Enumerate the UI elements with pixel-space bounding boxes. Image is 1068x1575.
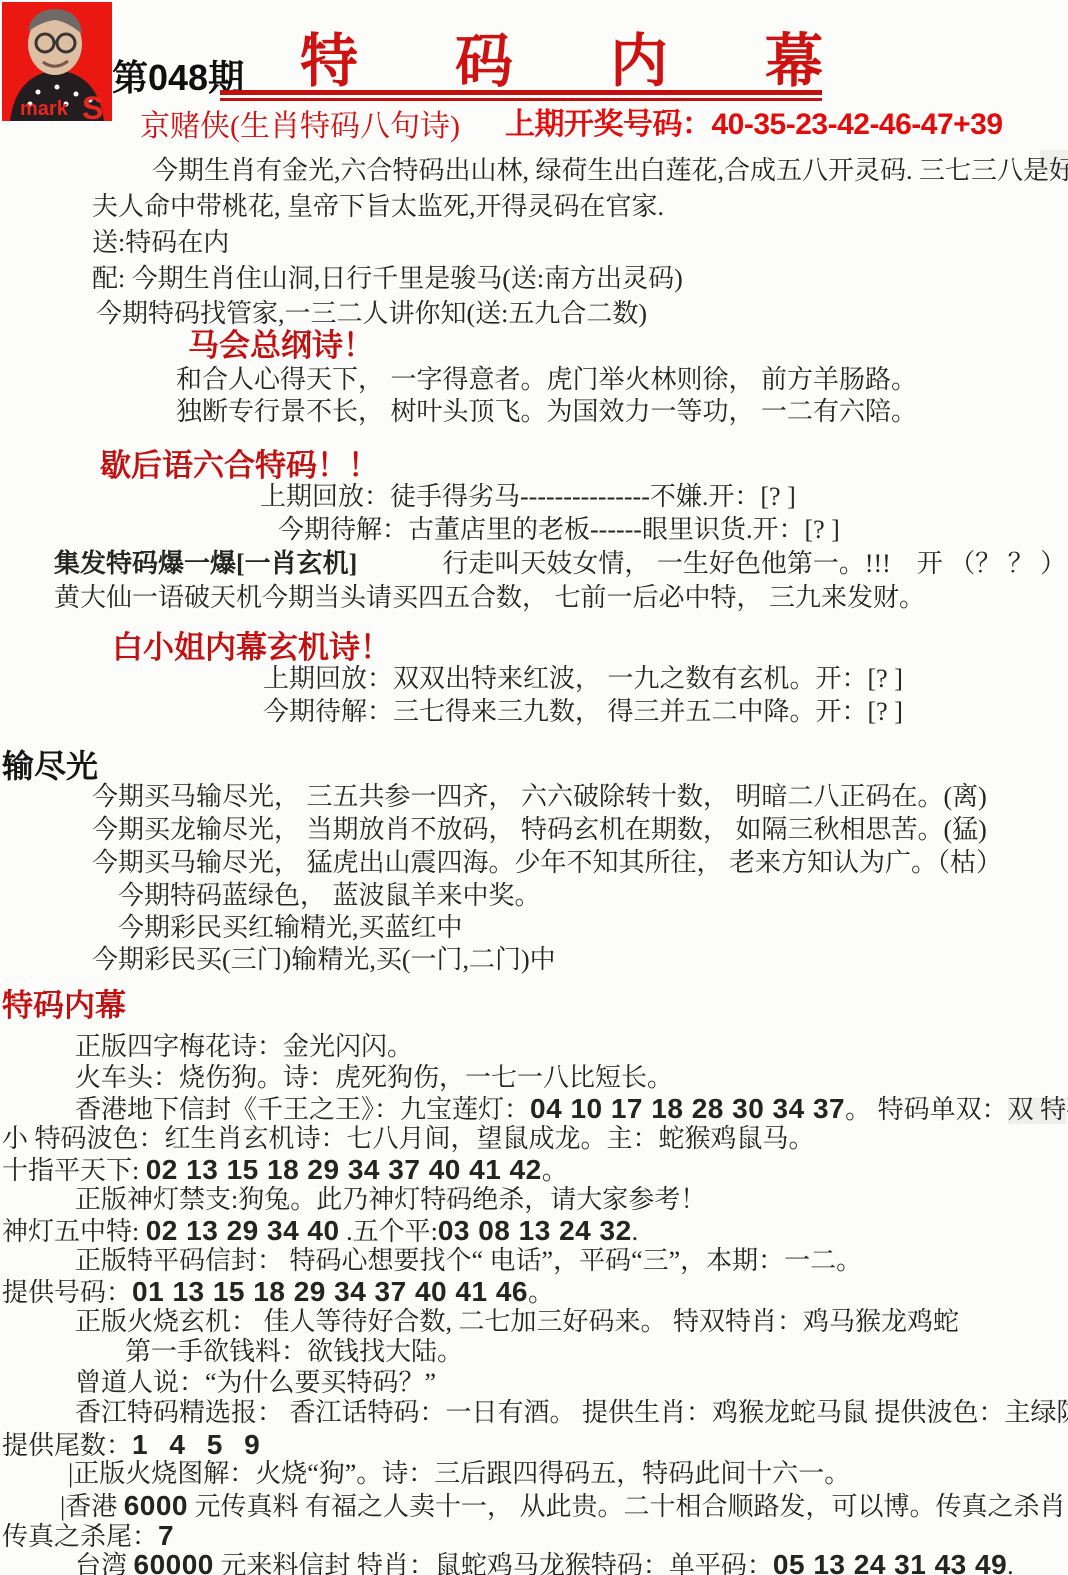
tip-sheet-page: mark S 第048期 特码内幕 京赌侠(生肖特码八句诗) 上期开奖号码：40… <box>0 0 1068 1575</box>
baixiaojie-heading: 白小姐内幕玄机诗！ <box>112 622 391 667</box>
tm-xinfeng-pre: 香港地下信封《千王之王》：九宝莲灯： <box>75 1095 530 1124</box>
tm-wuzhong-numbers: 02 13 29 34 40 <box>146 1215 340 1246</box>
tm-shizhi-pre: 十指平天下: <box>2 1156 146 1185</box>
shujinguang-line: 今期彩民买红输精光,买蓝红中 <box>118 913 463 943</box>
tm-xinfeng-numbers: 04 10 17 18 28 30 34 37 <box>530 1093 845 1124</box>
tm-wuzhong-numbers-2: 03 08 13 24 32 <box>438 1215 632 1246</box>
shujinguang-line: 今期买马输尽光， 三五共参一四齐， 六六破除转十数， 明暗二八正码在。(离) <box>92 782 987 812</box>
tm-tw-mid: 元来料信封 特肖：鼠蛇鸡马龙猴特码：单平码： <box>214 1551 773 1575</box>
tm-shendeng-jin: 正版神灯禁支:狗兔。此乃神灯特码绝杀，请大家参考！ <box>75 1185 706 1215</box>
logo-text-small: mark <box>20 98 69 120</box>
intro-line: 夫人命中带桃花, 皇帝下旨太监死,开得灵码在官家. <box>92 192 664 222</box>
shujinguang-line: 今期买马输尽光， 猛虎出山震四海。少年不知其所往， 老来方知认为广。（枯） <box>92 848 1002 878</box>
tm-tw-amount: 60000 <box>134 1549 214 1575</box>
tm-shawei-pre: 传真之杀尾： <box>2 1522 158 1551</box>
intro-line: 配: 今期生肖住山洞,日行千里是骏马(送:南方出灵码) <box>92 264 683 294</box>
tm-weishu-pre: 提供尾数： <box>2 1431 132 1460</box>
shujinguang-line: 今期彩民买(三门)输精光,买(一门,二门)中 <box>92 945 556 975</box>
mahui-line: 独断专行景不长， 树叶头顶飞。为国效力一等功， 一二有六陪。 <box>176 397 917 427</box>
tm-zengdaoren: 曾道人说：“为什么要买特码？” <box>75 1368 436 1398</box>
tm-shawei: 传真之杀尾：7 <box>2 1520 174 1552</box>
tipster-name: 京赌侠(生肖特码八句诗) <box>140 101 460 145</box>
tm-weishu: 提供尾数：1 4 5 9 <box>2 1429 267 1461</box>
huangdaxian-line: 黄大仙一语破天机今期当头请买四五合数， 七前一后必中特， 三九来发财。 <box>54 583 925 613</box>
tm-bose: 小 特码波色：红生肖玄机诗：七八月间，望鼠成龙。主：蛇猴鸡鼠马。 <box>2 1124 815 1154</box>
shujinguang-heading: 输尽光 <box>2 741 98 787</box>
last-draw-numbers: 上期开奖号码：40-35-23-42-46-47+39 <box>505 99 1003 143</box>
xiehouyu-current: 今期待解：古董店里的老板------眼里识货.开：[? ] <box>278 515 840 545</box>
tm-tigong-pre: 提供号码： <box>2 1278 132 1307</box>
page-title: 特码内幕 <box>300 14 920 98</box>
tm-tw-post: . <box>1007 1551 1014 1575</box>
xiehouyu-burst-line: 集发特码爆一爆[一肖玄机]行走叫天妓女情， 一生好色他第一。!!! 开 （？ ？… <box>54 549 1066 579</box>
tm-teping: 正版特平码信封： 特码心想要找个“ 电话”，平码“三”，本期：一二。 <box>75 1246 862 1276</box>
tm-xinfeng-post: 。 特码单双：双 特码大小： <box>845 1095 1068 1124</box>
tm-huoshao-tujie: |正版火烧图解：火烧“狗”。诗：三后跟四得码五，特码此间十六一。 <box>68 1459 850 1489</box>
intro-line: 今期生肖有金光,六合特码出山林, 绿荷生出白莲花,合成五八开灵码. 三七三八是好… <box>152 156 1068 186</box>
tm-shizhi: 十指平天下: 02 13 15 18 29 34 37 40 41 42。 <box>2 1154 568 1186</box>
shujinguang-line: 今期特码蓝绿色， 蓝波鼠羊来中奖。 <box>118 881 541 911</box>
tm-huoshao: 正版火烧玄机： 佳人等待好合数, 二七加三好码来。 特双特肖：鸡马猴龙鸡蛇 <box>75 1307 959 1337</box>
tm-shizhi-numbers: 02 13 15 18 29 34 37 40 41 42 <box>146 1154 542 1185</box>
tm-tw-pre: 台湾 <box>75 1551 134 1575</box>
shujinguang-line: 今期买龙输尽光， 当期放肖不放码， 特码玄机在期数， 如隔三秋相思苦。(猛) <box>92 815 987 845</box>
tm-xiangjiang: 香江特码精选报： 香江话特码：一日有酒。 提供生肖：鸡猴龙蛇马鼠 提供波色：主绿… <box>75 1398 1068 1428</box>
tm-meihua: 正版四字梅花诗：金光闪闪。 <box>75 1032 413 1062</box>
tm-tigong-numbers: 01 13 15 18 29 34 37 40 41 46 <box>132 1276 528 1307</box>
tm-wuzhong-mid: .五个平: <box>340 1217 438 1246</box>
xiehouyu-heading: 歇后语六合特码！！ <box>100 440 379 485</box>
baixiaojie-line: 上期回放：双双出特来红波， 一九之数有玄机。开：[? ] <box>263 664 903 694</box>
tm-wuzhong-pre: 神灯五中特: <box>2 1217 146 1246</box>
tm-huochetou: 火车头：烧伤狗。诗：虎死狗伤，一七一八比短长。 <box>75 1063 673 1093</box>
tm-tigong-post: 。 <box>528 1278 554 1307</box>
tm-shawei-number: 7 <box>158 1520 174 1551</box>
tm-wuzhong: 神灯五中特: 02 13 29 34 40 .五个平:03 08 13 24 3… <box>2 1215 638 1247</box>
mahui-heading: 马会总纲诗！ <box>188 320 374 365</box>
mahui-line: 和合人心得天下， 一字得意者。虎门举火林则徐， 前方羊肠路。 <box>176 365 917 395</box>
tm-hk-pre: |香港 <box>60 1492 124 1521</box>
logo-text-big: S <box>82 90 103 121</box>
tm-weishu-numbers: 1 4 5 9 <box>132 1429 267 1460</box>
tm-taiwan: 台湾 60000 元来料信封 特肖：鼠蛇鸡马龙猴特码：单平码：05 13 24 … <box>75 1549 1014 1575</box>
tm-wuzhong-post: . <box>632 1217 639 1246</box>
intro-line: 送:特码在内 <box>92 228 229 258</box>
burst-text: 行走叫天妓女情， 一生好色他第一。!!! 开 （？ ？ ） <box>442 549 1066 578</box>
tm-tigong: 提供号码：01 13 15 18 29 34 37 40 41 46。 <box>2 1276 554 1308</box>
baixiaojie-line: 今期待解：三七得来三九数， 得三并五二中降。开：[? ] <box>263 697 903 727</box>
tm-yuqian: 第一手欲钱料：欲钱找大陆。 <box>125 1337 463 1367</box>
burst-label: 集发特码爆一爆[一肖玄机] <box>54 549 357 578</box>
tipster-photo-logo: mark S <box>2 2 112 121</box>
xiehouyu-last-review: 上期回放：徒手得劣马---------------不嫌.开：[? ] <box>260 482 796 512</box>
tm-tw-numbers: 05 13 24 31 43 49 <box>773 1549 1007 1575</box>
tm-shizhi-post: 。 <box>542 1156 568 1185</box>
tm-hk-post: 元传真料 有福之人卖十一， 从此贵。二十相合顺路发，可以博。传真之杀肖：狗 <box>188 1492 1068 1521</box>
tm-hk-fax: |香港 6000 元传真料 有福之人卖十一， 从此贵。二十相合顺路发，可以博。传… <box>60 1490 1068 1522</box>
tm-xinfeng: 香港地下信封《千王之王》：九宝莲灯：04 10 17 18 28 30 34 3… <box>75 1093 1068 1125</box>
tm-hk-amount: 6000 <box>124 1490 188 1521</box>
temaneimu-heading: 特码内幕 <box>2 980 126 1025</box>
